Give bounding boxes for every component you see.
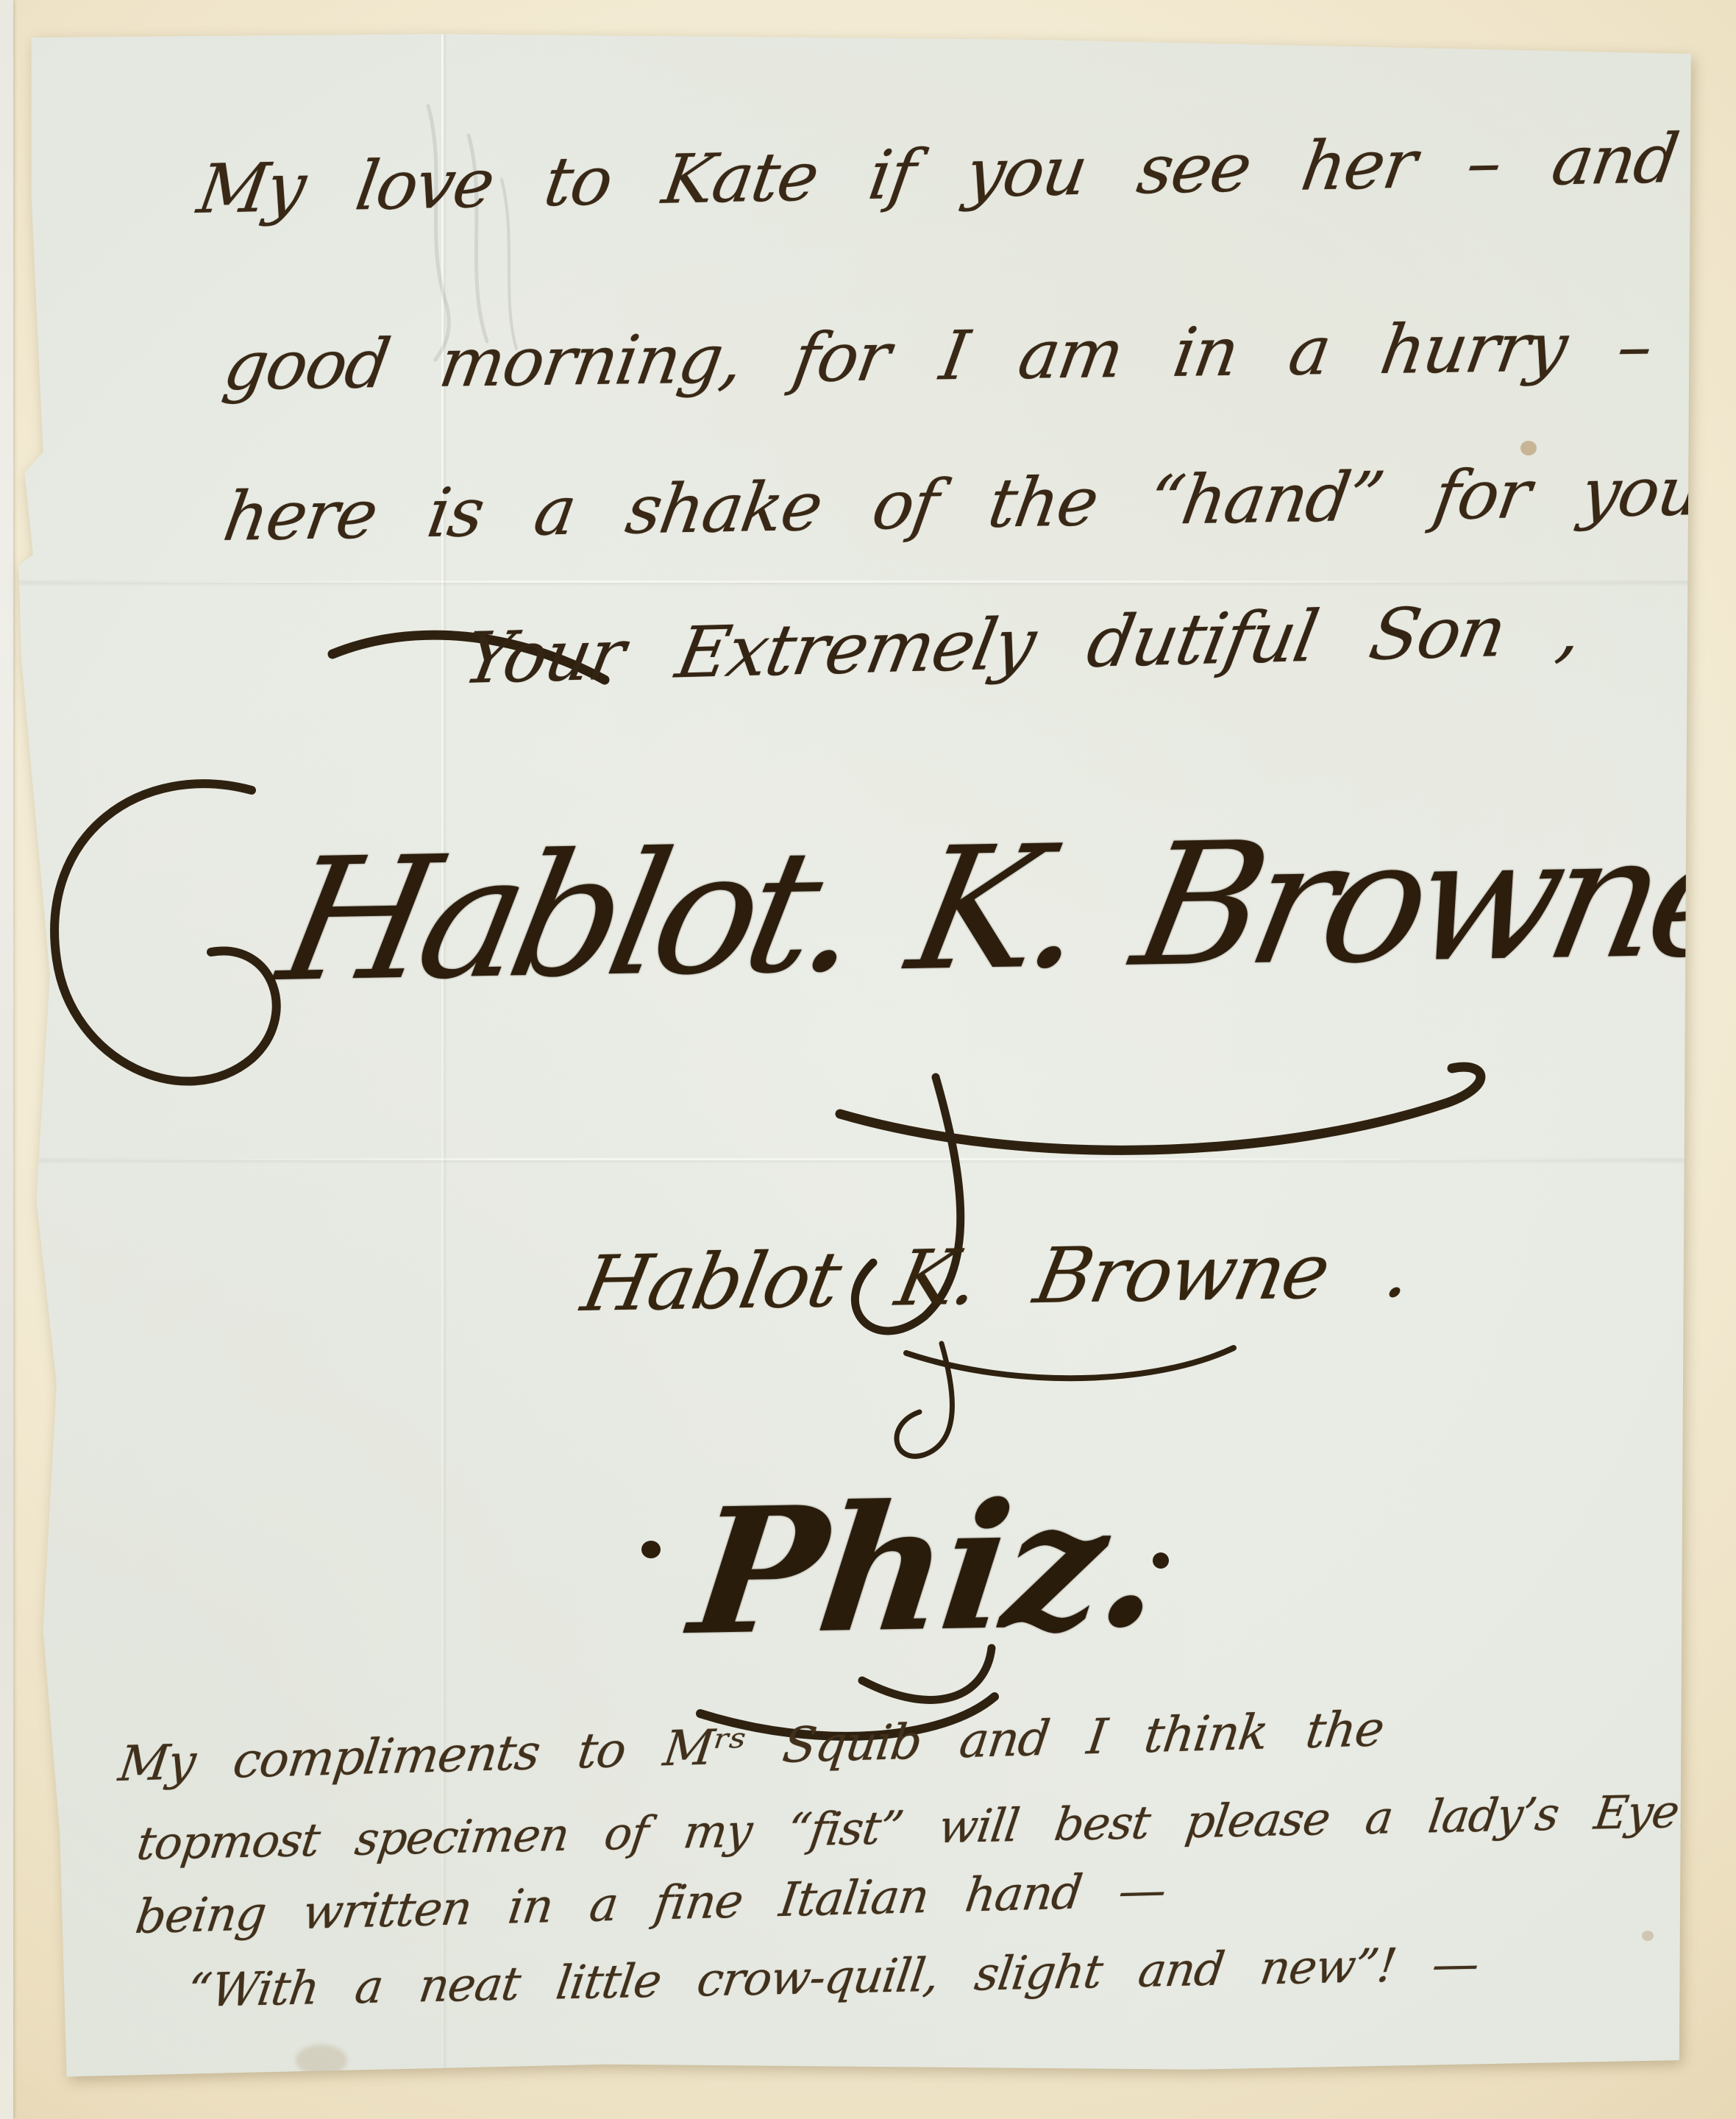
ink-dot bbox=[1153, 1552, 1169, 1569]
signature-large: Hablot. K. Browne. bbox=[266, 798, 1736, 1020]
phiz-monogram: Phiz. bbox=[682, 1463, 1170, 1674]
ink-dot bbox=[641, 1541, 661, 1558]
letter-paper-wrap: My love to Kate if you see her – and to … bbox=[16, 32, 1698, 2081]
signature-opening-loop bbox=[54, 784, 277, 1081]
signature-small: Hablot K. Browne . bbox=[575, 1224, 1418, 1329]
letter-paper: My love to Kate if you see her – and to … bbox=[16, 32, 1698, 2081]
small-signature-underline bbox=[906, 1348, 1234, 1378]
ghost-pencil-mark bbox=[428, 106, 449, 360]
scanned-letter-page: { "letter": { "body_lines": [ "My love t… bbox=[0, 0, 1736, 2119]
scan-edge-strip bbox=[0, 0, 13, 2119]
